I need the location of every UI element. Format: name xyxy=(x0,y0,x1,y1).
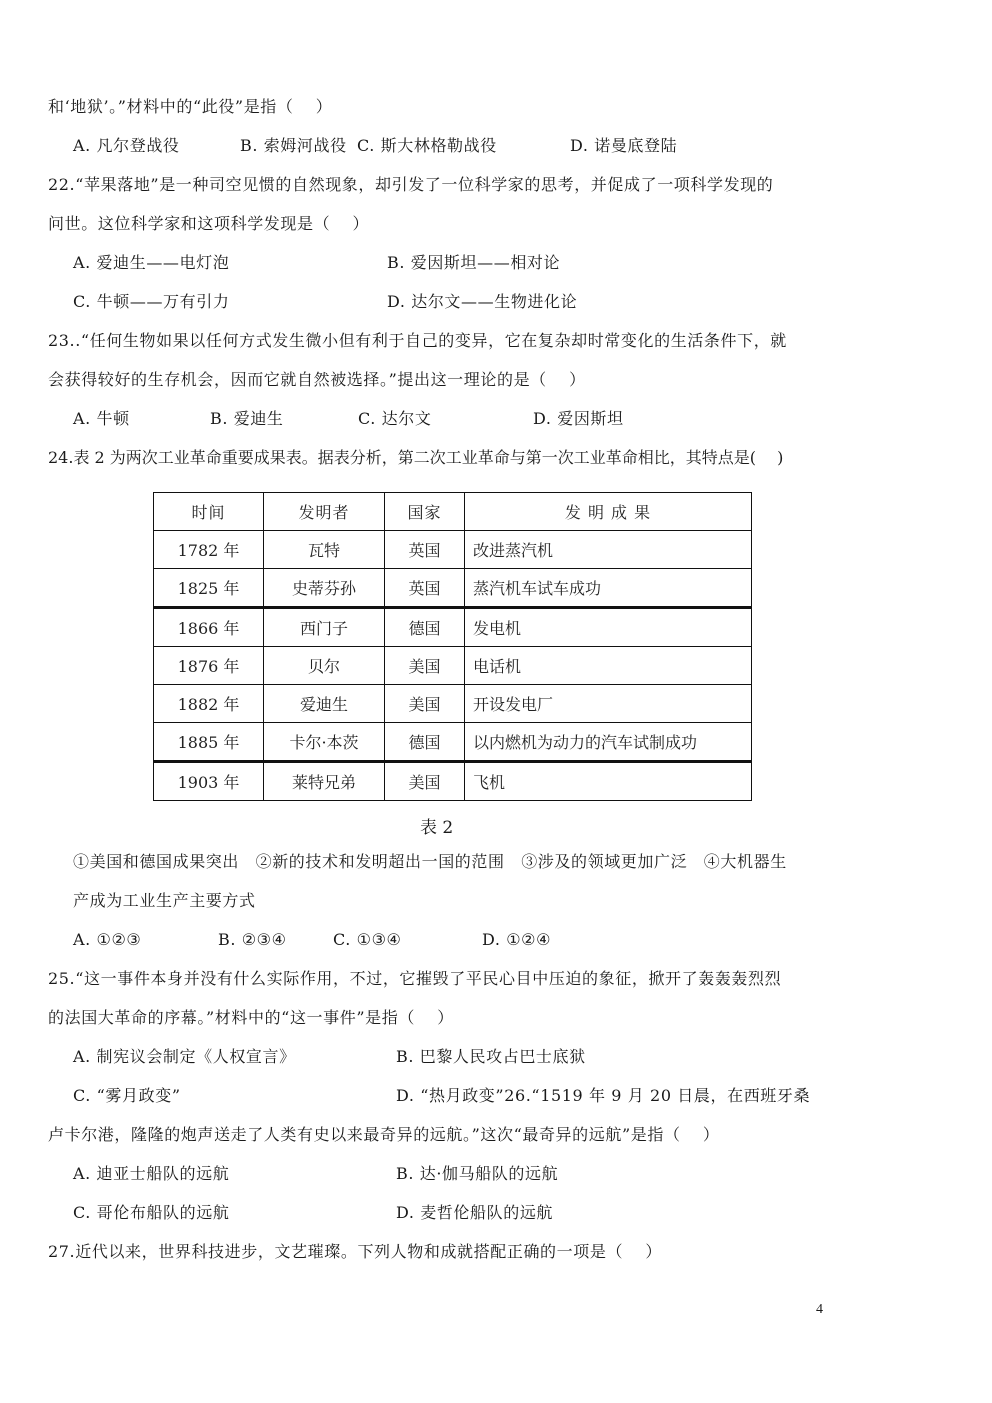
cell-inventor: 莱特兄弟 xyxy=(264,762,385,801)
page-number: 4 xyxy=(816,1302,823,1318)
cell-achievement: 电话机 xyxy=(465,647,752,685)
q22-option-a: A. 爱迪生——电灯泡 xyxy=(73,253,229,273)
q22-stem-line-2: 问世。这位科学家和这项科学发现是（ ） xyxy=(48,214,369,234)
q25-stem-line-1: 25.“这一事件本身并没有什么实际作用，不过，它摧毁了平民心目中压迫的象征，掀开… xyxy=(48,969,781,989)
industrial-revolution-table: 时间 发明者 国家 发 明 成 果 1782 年 瓦特 英国 改进蒸汽机 182… xyxy=(153,492,752,801)
q23-option-b: B. 爱迪生 xyxy=(210,409,284,429)
q24-statements-line-2: 产成为工业生产主要方式 xyxy=(73,891,256,911)
q22-stem-line-1: 22.“苹果落地”是一种司空见惯的自然现象，却引发了一位科学家的思考，并促成了一… xyxy=(48,175,773,195)
cell-inventor: 爱迪生 xyxy=(264,685,385,723)
cell-achievement: 开设发电厂 xyxy=(465,685,752,723)
q21-option-c: C. 斯大林格勒战役 xyxy=(357,136,497,156)
cell-achievement: 以内燃机为动力的汽车试制成功 xyxy=(465,723,752,762)
table-row: 1885 年 卡尔·本茨 德国 以内燃机为动力的汽车试制成功 xyxy=(154,723,752,762)
q24-statements-line-1: ①美国和德国成果突出 ②新的技术和发明超出一国的范围 ③涉及的领域更加广泛 ④大… xyxy=(73,852,787,872)
header-time: 时间 xyxy=(154,493,264,531)
table-row: 1866 年 西门子 德国 发电机 xyxy=(154,608,752,647)
q25-option-b: B. 巴黎人民攻占巴士底狱 xyxy=(396,1047,586,1067)
q23-option-d: D. 爱因斯坦 xyxy=(533,409,624,429)
cell-year: 1876 年 xyxy=(154,647,264,685)
q26-stem-line-2: 卢卡尔港，隆隆的炮声送走了人类有史以来最奇异的远航。”这次“最奇异的远航”是指（… xyxy=(48,1125,719,1145)
cell-achievement: 蒸汽机车试车成功 xyxy=(465,569,752,608)
cell-country: 美国 xyxy=(385,647,465,685)
q22-option-b: B. 爱因斯坦——相对论 xyxy=(387,253,560,273)
q26-option-b: B. 达·伽马船队的远航 xyxy=(396,1164,558,1184)
table-header-row: 时间 发明者 国家 发 明 成 果 xyxy=(154,493,752,531)
table-row: 1876 年 贝尔 美国 电话机 xyxy=(154,647,752,685)
cell-inventor: 西门子 xyxy=(264,608,385,647)
table-row: 1903 年 莱特兄弟 美国 飞机 xyxy=(154,762,752,801)
q21-option-d: D. 诺曼底登陆 xyxy=(570,136,677,156)
header-achievement: 发 明 成 果 xyxy=(465,493,752,531)
table-row: 1882 年 爱迪生 美国 开设发电厂 xyxy=(154,685,752,723)
table-caption: 表 2 xyxy=(420,813,453,838)
cell-inventor: 史蒂芬孙 xyxy=(264,569,385,608)
q24-option-c: C. ①③④ xyxy=(333,930,401,950)
q22-option-d: D. 达尔文——生物进化论 xyxy=(387,292,577,312)
q25-option-d-and-q26-start: D. “热月政变”26.“1519 年 9 月 20 日晨，在西班牙桑 xyxy=(396,1086,810,1106)
q21-option-a: A. 凡尔登战役 xyxy=(73,136,180,156)
cell-country: 德国 xyxy=(385,608,465,647)
cell-country: 英国 xyxy=(385,531,465,569)
q26-option-a: A. 迪亚士船队的远航 xyxy=(73,1164,229,1184)
q24-option-d: D. ①②④ xyxy=(482,930,551,950)
cell-achievement: 改进蒸汽机 xyxy=(465,531,752,569)
cell-inventor: 瓦特 xyxy=(264,531,385,569)
q23-option-a: A. 牛顿 xyxy=(73,409,130,429)
cell-inventor: 卡尔·本茨 xyxy=(264,723,385,762)
table-row: 1825 年 史蒂芬孙 英国 蒸汽机车试车成功 xyxy=(154,569,752,608)
header-inventor: 发明者 xyxy=(264,493,385,531)
cell-country: 英国 xyxy=(385,569,465,608)
q24-stem: 24.表 2 为两次工业革命重要成果表。据表分析，第二次工业革命与第一次工业革命… xyxy=(48,448,783,468)
q26-option-c: C. 哥伦布船队的远航 xyxy=(73,1203,229,1223)
q21-stem-tail: 和‘地狱’。”材料中的“此役”是指（ ） xyxy=(48,97,332,117)
cell-year: 1882 年 xyxy=(154,685,264,723)
header-country: 国家 xyxy=(385,493,465,531)
cell-inventor: 贝尔 xyxy=(264,647,385,685)
q23-option-c: C. 达尔文 xyxy=(358,409,431,429)
q23-stem-line-2: 会获得较好的生存机会，因而它就自然被选择。”提出这一理论的是（ ） xyxy=(48,370,586,390)
cell-year: 1885 年 xyxy=(154,723,264,762)
q24-option-b: B. ②③④ xyxy=(218,930,287,950)
cell-achievement: 发电机 xyxy=(465,608,752,647)
cell-year: 1903 年 xyxy=(154,762,264,801)
cell-year: 1782 年 xyxy=(154,531,264,569)
q21-option-b: B. 索姆河战役 xyxy=(240,136,347,156)
q25-option-a: A. 制宪议会制定《人权宣言》 xyxy=(73,1047,296,1067)
q27-stem: 27.近代以来，世界科技进步，文艺璀璨。下列人物和成就搭配正确的一项是（ ） xyxy=(48,1242,662,1262)
cell-year: 1825 年 xyxy=(154,569,264,608)
q22-option-c: C. 牛顿——万有引力 xyxy=(73,292,229,312)
cell-achievement: 飞机 xyxy=(465,762,752,801)
cell-country: 美国 xyxy=(385,762,465,801)
q23-stem-line-1: 23..“任何生物如果以任何方式发生微小但有利于自己的变异，它在复杂却时常变化的… xyxy=(48,331,787,351)
q26-option-d: D. 麦哲伦船队的远航 xyxy=(396,1203,553,1223)
cell-year: 1866 年 xyxy=(154,608,264,647)
q24-option-a: A. ①②③ xyxy=(73,930,141,950)
table-row: 1782 年 瓦特 英国 改进蒸汽机 xyxy=(154,531,752,569)
q25-option-c: C. “雾月政变” xyxy=(73,1086,181,1106)
q25-stem-line-2: 的法国大革命的序幕。”材料中的“这一事件”是指（ ） xyxy=(48,1008,454,1028)
cell-country: 德国 xyxy=(385,723,465,762)
cell-country: 美国 xyxy=(385,685,465,723)
